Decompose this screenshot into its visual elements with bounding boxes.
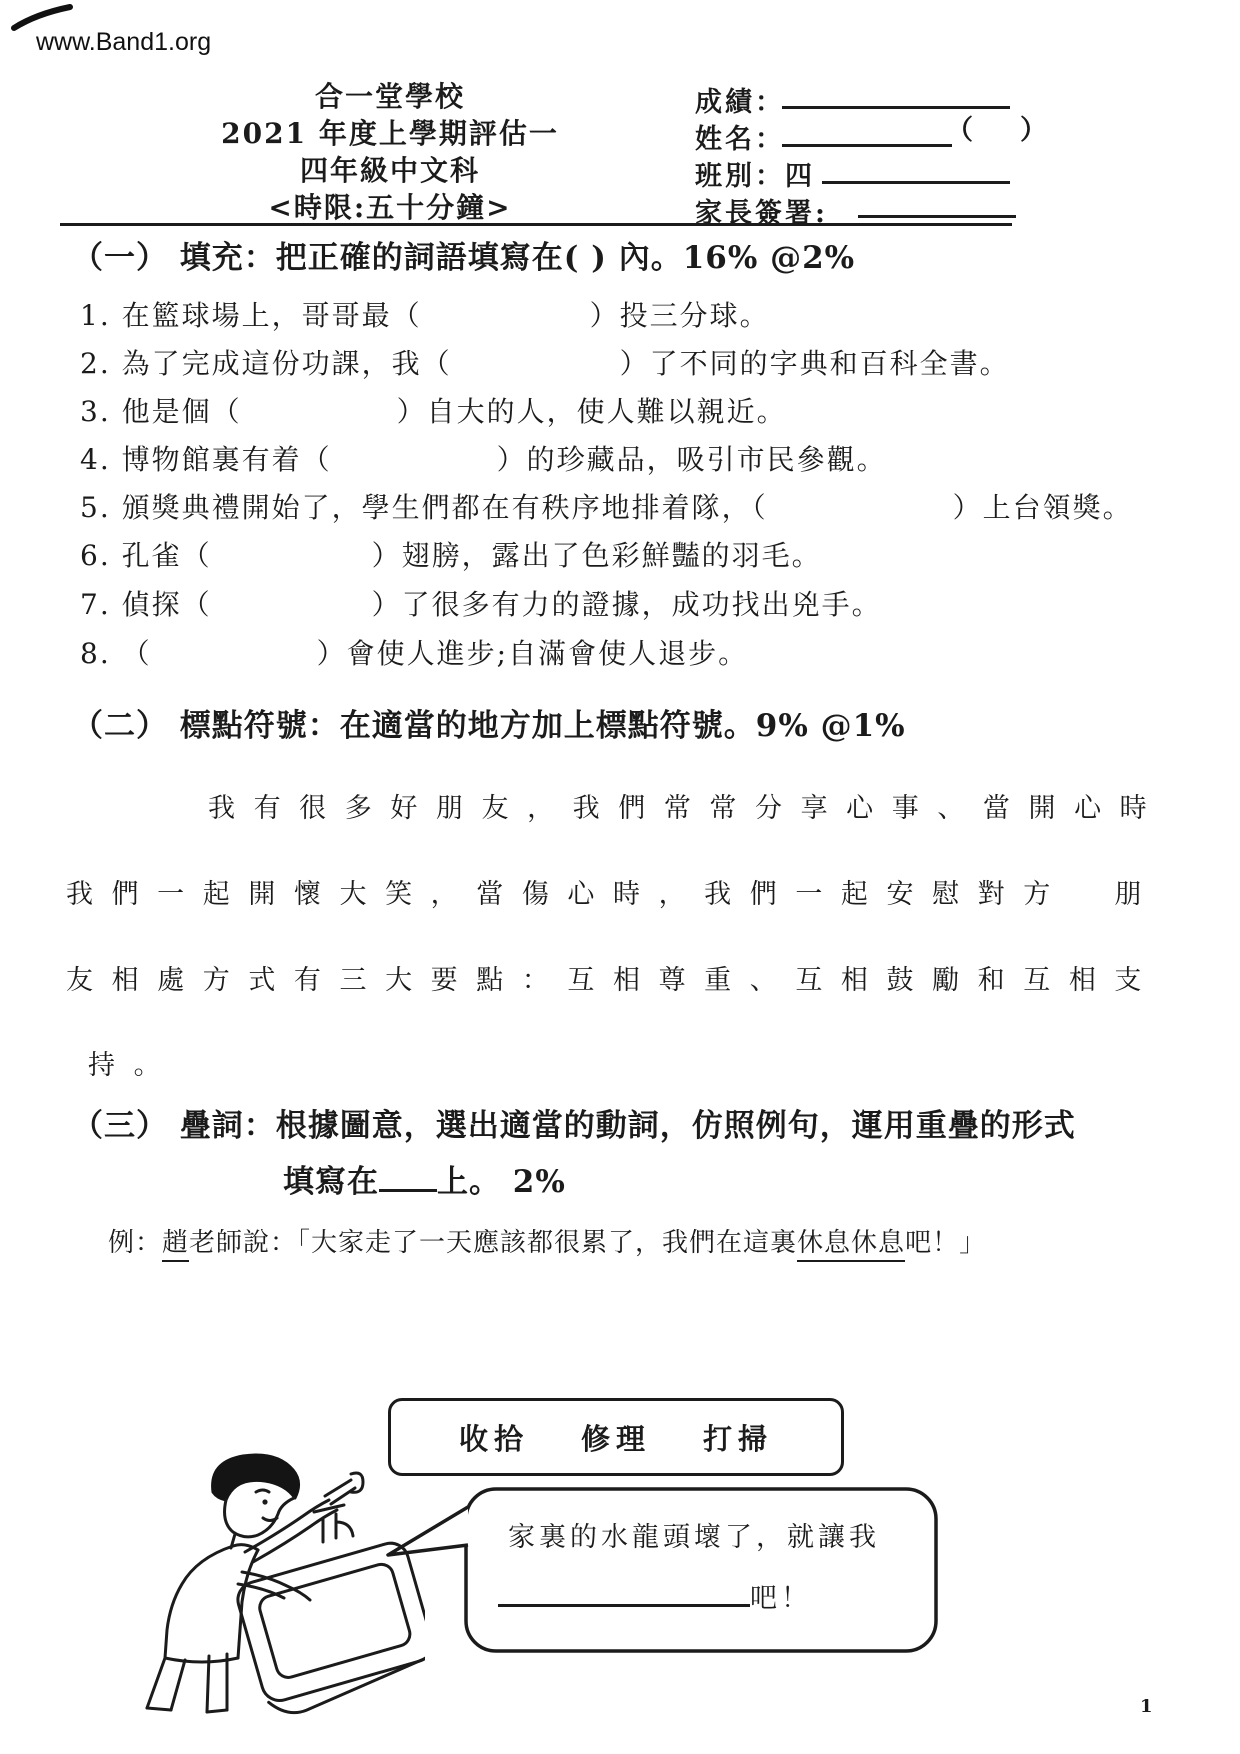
word-option-3[interactable]: 打掃: [703, 1417, 773, 1458]
name-label: 姓名：: [695, 117, 785, 156]
watermark-url: www.Band1.org: [36, 28, 211, 57]
question-4: 4. 博物館裏有着（）的珍藏品，吸引市民參觀。: [80, 438, 887, 478]
section3-title-line2: 填寫在上。 2%: [283, 1156, 566, 1201]
question-7: 7. 偵探（）了很多有力的證據，成功找出兇手。: [80, 583, 882, 623]
q6-pre: 孔雀（: [122, 539, 212, 572]
signature-blank-line[interactable]: [858, 215, 1016, 218]
bubble-text-line1: 家裏的水龍頭壞了，就讓我: [508, 1515, 880, 1554]
section3-title-blank: [379, 1189, 437, 1192]
question-8: 8. （）會使人進步;自滿會使人退步。: [80, 632, 748, 672]
section3-fill-pre: 填寫在: [283, 1164, 379, 1200]
bubble-answer-blank[interactable]: [498, 1604, 750, 1607]
example-label: 例：: [108, 1228, 162, 1258]
name-parens: （ ）: [946, 108, 1057, 147]
section1-title: （一） 填充：把正確的詞語填寫在( ) 內。16% @2%: [72, 232, 855, 277]
q8-post: ）會使人進步;自滿會使人退步。: [317, 637, 748, 670]
punctuation-paragraph-line-2: 我 們 一 起 開 懷 大 笑 ， 當 傷 心 時 ， 我 們 一 起 安 慰 …: [66, 872, 1142, 911]
time-limit: <時限:五十分鐘>: [200, 189, 580, 226]
word-options-box: 收拾 修理 打掃: [388, 1398, 844, 1476]
question-3: 3. 他是個（）自大的人，使人難以親近。: [80, 390, 787, 430]
class-blank-line[interactable]: [822, 181, 1010, 184]
subject: 四年級中文科: [200, 152, 580, 189]
q2-pre: 為了完成這份功課，我（: [122, 347, 452, 380]
q8-number: 8.: [80, 637, 111, 670]
exam-title: 2021 年度上學期評估一: [200, 115, 580, 152]
bubble-line2-end: 吧！: [750, 1583, 812, 1614]
section3-title-line1: （三） 疊詞：根據圖意，選出適當的動詞，仿照例句，運用重疊的形式: [72, 1100, 1076, 1145]
q6-number: 6.: [80, 539, 111, 572]
score-label: 成績：: [695, 80, 785, 119]
q7-number: 7.: [80, 588, 111, 621]
q5-post: ）上台領獎。: [953, 491, 1133, 524]
punctuation-paragraph-line-1: 我 有 很 多 好 朋 友 ， 我 們 常 常 分 享 心 事 、 當 開 心 …: [208, 786, 1148, 825]
example-end: 吧！」: [905, 1228, 986, 1258]
q1-post: ）投三分球。: [590, 299, 770, 332]
exam-paper-page: www.Band1.org 合一堂學校 2021 年度上學期評估一 四年級中文科…: [0, 0, 1240, 1754]
q1-number: 1.: [80, 299, 111, 332]
example-underlined-reduplication: 休息休息: [797, 1228, 905, 1262]
question-6: 6. 孔雀（）翅膀，露出了色彩鮮豔的羽毛。: [80, 534, 822, 574]
name-blank-line[interactable]: [782, 144, 952, 147]
q7-pre: 偵探（: [122, 588, 212, 621]
speech-bubble-outline: [380, 1483, 945, 1661]
example-underlined-name: 趙: [162, 1228, 189, 1262]
punctuation-paragraph-line-4: 持 。: [88, 1043, 162, 1082]
example-middle: 老師說：「大家走了一天應該都很累了，我們在這裏: [189, 1228, 797, 1258]
question-2: 2. 為了完成這份功課，我（）了不同的字典和百科全書。: [80, 342, 1010, 382]
section2-title: （二） 標點符號：在適當的地方加上標點符號。9% @1%: [72, 700, 906, 745]
q8-pre: （: [122, 637, 152, 670]
class-label: 班別：四: [695, 154, 815, 193]
q4-number: 4.: [80, 443, 111, 476]
q2-number: 2.: [80, 347, 111, 380]
punctuation-paragraph-line-3: 友 相 處 方 式 有 三 大 要 點 ： 互 相 尊 重 、 互 相 鼓 勵 …: [66, 958, 1142, 997]
school-name: 合一堂學校: [200, 78, 580, 115]
section3-fill-post: 上。 2%: [437, 1164, 566, 1200]
example-sentence: 例：趙老師說：「大家走了一天應該都很累了，我們在這裏休息休息吧！」: [108, 1222, 986, 1259]
page-number: 1: [1140, 1696, 1153, 1717]
q5-pre: 頒獎典禮開始了，學生們都在有秩序地排着隊，（: [122, 491, 768, 524]
q3-number: 3.: [80, 395, 111, 428]
q4-pre: 博物館裏有着（: [122, 443, 332, 476]
q3-pre: 他是個（: [122, 395, 242, 428]
q1-pre: 在籃球場上，哥哥最（: [122, 299, 422, 332]
header-separator-line: [60, 223, 1012, 226]
q4-post: ）的珍藏品，吸引市民參觀。: [497, 443, 887, 476]
q5-number: 5.: [80, 491, 111, 524]
word-option-2[interactable]: 修理: [581, 1417, 651, 1458]
q3-post: ）自大的人，使人難以親近。: [397, 395, 787, 428]
bubble-text-line2: 吧！: [498, 1576, 812, 1615]
boy-fixing-faucet-illustration: [95, 1450, 425, 1722]
q6-post: ）翅膀，露出了色彩鮮豔的羽毛。: [372, 539, 822, 572]
question-5: 5. 頒獎典禮開始了，學生們都在有秩序地排着隊，（）上台領獎。: [80, 486, 1133, 526]
question-1: 1. 在籃球場上，哥哥最（）投三分球。: [80, 294, 770, 334]
header-school-block: 合一堂學校 2021 年度上學期評估一 四年級中文科 <時限:五十分鐘>: [200, 78, 580, 226]
q7-post: ）了很多有力的證據，成功找出兇手。: [372, 588, 882, 621]
word-option-1[interactable]: 收拾: [459, 1417, 529, 1458]
q2-post: ）了不同的字典和百科全書。: [620, 347, 1010, 380]
